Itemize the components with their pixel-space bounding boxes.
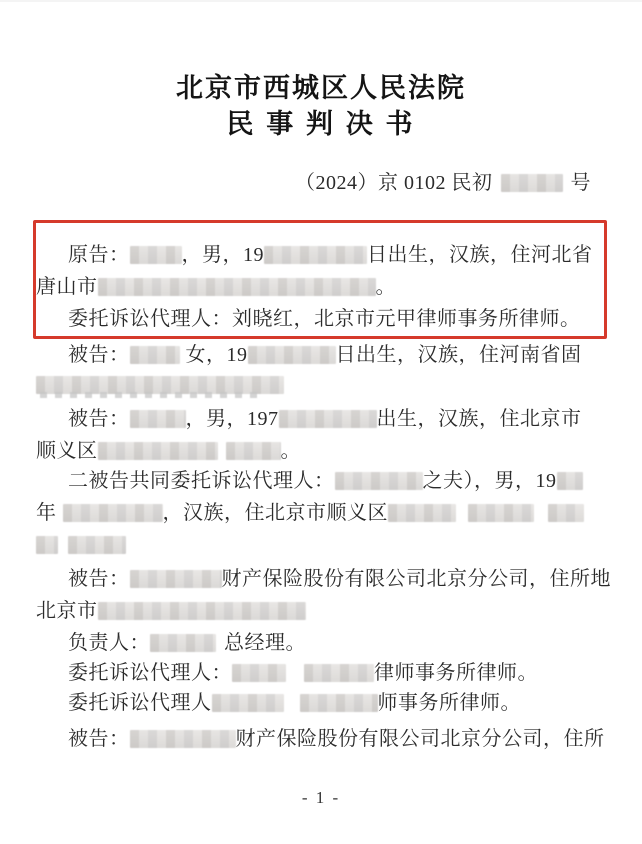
- redacted-text: [388, 504, 456, 522]
- text-segment: 财产保险股份有限公司北京分公司，住所: [236, 726, 605, 752]
- text-segment: 女，19: [186, 342, 248, 368]
- plaintiff-agent-line: 委托诉讼代理人：刘晓红，北京市元甲律师事务所律师。: [68, 306, 581, 332]
- spacer: [216, 648, 224, 649]
- text-segment: 财产保险股份有限公司北京分公司，住所地: [222, 566, 612, 592]
- redacted-text: [150, 634, 216, 652]
- defendant1-line: 被告：女，19日出生，汉族，住河南省固: [68, 342, 582, 368]
- redacted-text: [557, 472, 583, 490]
- text-segment: 年: [36, 500, 57, 526]
- text-segment: ，男，19: [182, 242, 265, 268]
- text-segment: ，男，197: [186, 406, 279, 432]
- redacted-text: [264, 246, 367, 264]
- text-segment: 负责人：: [68, 630, 150, 656]
- judgment-document-page: 北京市西城区人民法院 民 事 判 决 书 （2024）京 0102 民初号原告：…: [0, 0, 642, 844]
- text-segment: 委托诉讼代理人: [68, 690, 212, 716]
- spacer: [563, 188, 571, 189]
- redacted-text: [335, 472, 423, 490]
- redacted-text: [130, 346, 180, 364]
- redacted-text: [468, 504, 534, 522]
- text-segment: 原告：: [68, 242, 130, 268]
- redacted-text: [226, 442, 281, 460]
- joint-agent-line: 二被告共同委托诉讼代理人：之夫），男，19: [68, 468, 583, 494]
- spacer: [57, 518, 63, 519]
- text-segment: 师事务所律师。: [378, 690, 522, 716]
- redacted-text: [98, 278, 376, 296]
- defendant4-line: 被告：财产保险股份有限公司北京分公司，住所: [68, 726, 605, 752]
- document-title-heading: 民 事 判 决 书: [0, 102, 642, 141]
- spacer: [218, 456, 226, 457]
- defendant3-address-line: 北京市: [36, 598, 306, 624]
- redacted-text: [248, 346, 336, 364]
- page-top-edge: [0, 0, 642, 2]
- text-segment: 。: [281, 438, 302, 464]
- spacer: [58, 550, 68, 551]
- redacted-remnant-1: [40, 392, 258, 398]
- joint-agent-line-3: [36, 532, 126, 558]
- text-segment: ，汉族，住北京市顺义区: [163, 500, 389, 526]
- redacted-text: [98, 442, 218, 460]
- redacted-text: [36, 536, 58, 554]
- redacted-text: [232, 664, 286, 682]
- insurer-agent-line-1: 委托诉讼代理人：律师事务所律师。: [68, 660, 538, 686]
- text-segment: 委托诉讼代理人：: [68, 660, 232, 686]
- text-segment: 唐山市: [36, 274, 98, 300]
- spacer: [456, 518, 468, 519]
- text-segment: 出生，汉族，住北京市: [377, 406, 582, 432]
- spacer: [286, 678, 304, 679]
- text-segment: 之夫），男，19: [423, 468, 557, 494]
- text-segment: 二被告共同委托诉讼代理人：: [68, 468, 335, 494]
- redacted-text: [548, 504, 584, 522]
- case-number-line: （2024）京 0102 民初号: [295, 170, 591, 196]
- defendant2-address-line: 顺义区。: [36, 438, 301, 464]
- text-segment: 被告：: [68, 406, 130, 432]
- defendant2-line: 被告：，男，197出生，汉族，住北京市: [68, 406, 582, 432]
- redacted-text: [300, 694, 378, 712]
- text-segment: 日出生，汉族，住河南省固: [336, 342, 582, 368]
- text-segment: 。: [376, 274, 397, 300]
- redacted-text: [130, 570, 222, 588]
- principal-line: 负责人：总经理。: [68, 630, 306, 656]
- text-segment: 被告：: [68, 342, 130, 368]
- plaintiff-address-line: 唐山市。: [36, 274, 396, 300]
- text-segment: 委托诉讼代理人：刘晓红，北京市元甲律师事务所律师。: [68, 306, 581, 332]
- redacted-text: [68, 536, 126, 554]
- plaintiff-line: 原告：，男，19日出生，汉族，住河北省: [68, 242, 593, 268]
- redacted-text: [130, 730, 236, 748]
- redacted-text: [304, 664, 374, 682]
- spacer: [534, 518, 548, 519]
- text-segment: 被告：: [68, 726, 130, 752]
- redacted-text: [279, 410, 377, 428]
- defendant3-line: 被告：财产保险股份有限公司北京分公司，住所地: [68, 566, 611, 592]
- insurer-agent-line-2: 委托诉讼代理人师事务所律师。: [68, 690, 521, 716]
- joint-agent-line-2: 年，汉族，住北京市顺义区: [36, 500, 584, 526]
- text-segment: 总经理。: [224, 630, 306, 656]
- text-segment: 顺义区: [36, 438, 98, 464]
- redacted-text: [212, 694, 284, 712]
- court-name-heading: 北京市西城区人民法院: [0, 66, 642, 105]
- spacer: [493, 188, 501, 189]
- redacted-text: [98, 602, 306, 620]
- text-segment: 律师事务所律师。: [374, 660, 538, 686]
- text-segment: 号: [571, 170, 592, 196]
- page-number: - 1 -: [0, 788, 642, 808]
- spacer: [284, 708, 300, 709]
- redacted-text: [63, 504, 163, 522]
- text-segment: 被告：: [68, 566, 130, 592]
- text-segment: 日出生，汉族，住河北省: [367, 242, 593, 268]
- text-segment: 北京市: [36, 598, 98, 624]
- redacted-text: [501, 174, 563, 192]
- redacted-text: [130, 410, 186, 428]
- redacted-text: [130, 246, 182, 264]
- text-segment: （2024）京 0102 民初: [295, 170, 493, 196]
